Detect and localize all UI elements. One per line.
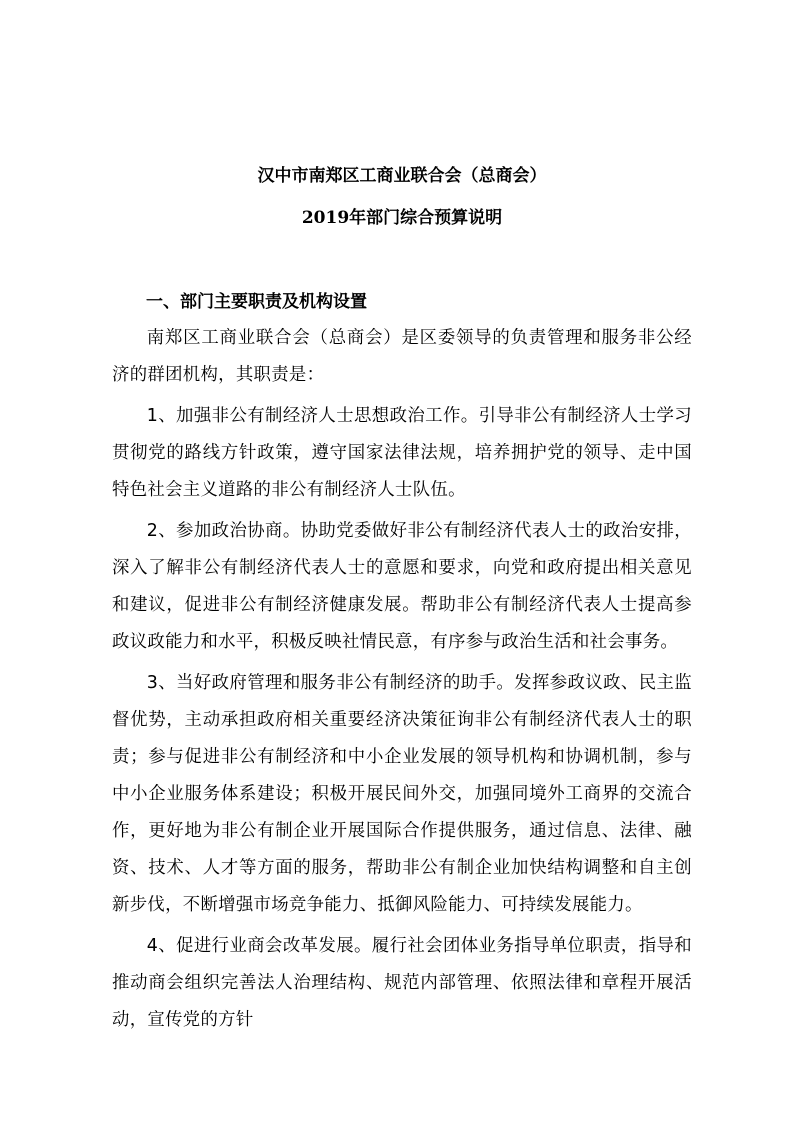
paragraph-duty-2: 2、参加政治协商。协助党委做好非公有制经济代表人士的政治安排，深入了解非公有制经… [112, 513, 692, 661]
document-page: 汉中市南郑区工商业联合会（总商会） 2019年部门综合预算说明 一、部门主要职责… [112, 160, 692, 1039]
paragraph-duty-1: 1、加强非公有制经济人士思想政治工作。引导非公有制经济人士学习贯彻党的路线方针政… [112, 398, 692, 509]
section-heading: 一、部门主要职责及机构设置 [112, 290, 692, 314]
paragraph-duty-3: 3、当好政府管理和服务非公有制经济的助手。发挥参政议政、民主监督优势，主动承担政… [112, 665, 692, 924]
paragraph-intro: 南郑区工商业联合会（总商会）是区委领导的负责管理和服务非公经济的群团机构，其职责… [112, 320, 692, 394]
document-title: 汉中市南郑区工商业联合会（总商会） [112, 164, 692, 188]
paragraph-duty-4: 4、促进行业商会改革发展。履行社会团体业务指导单位职责，指导和推动商会组织完善法… [112, 928, 692, 1039]
document-subtitle: 2019年部门综合预算说明 [112, 206, 692, 230]
